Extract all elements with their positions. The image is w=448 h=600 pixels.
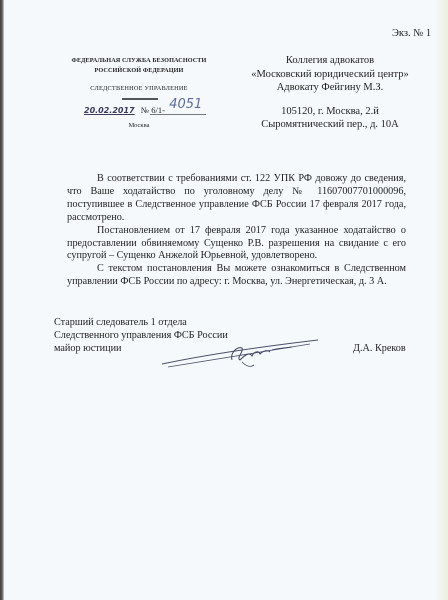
body-paragraph-1: В соответствии с требованиями ст. 122 УП… <box>67 173 406 225</box>
signer-name: Д.А. Креков <box>353 343 406 354</box>
copy-number: Экз. № 1 <box>392 28 431 39</box>
sender-city: Москва <box>64 122 214 129</box>
handwritten-date: 20.02.2017 <box>84 106 135 115</box>
signer-position-line-1: Старший следователь 1 отдела <box>54 317 228 330</box>
number-underline <box>150 114 206 115</box>
addressee-line-3: Адвокату Фейгину М.З. <box>240 81 420 95</box>
addressee-address-1: 105120, г. Москва, 2.й <box>240 105 420 119</box>
signature-icon <box>160 334 320 374</box>
scan-left-edge <box>0 0 4 600</box>
sender-department: СЛЕДСТВЕННОЕ УПРАВЛЕНИЕ <box>64 85 214 92</box>
addressee-line-2: «Московский юридический центр» <box>240 68 420 82</box>
department-divider <box>122 98 158 100</box>
handwritten-number: 4051 <box>169 97 202 112</box>
body-paragraph-3: С текстом постановления Вы можете ознако… <box>67 263 406 289</box>
document-page: Экз. № 1 ФЕДЕРАЛЬНАЯ СЛУЖБА БЕЗОПАСНОСТИ… <box>0 0 448 600</box>
letter-body: В соответствии с требованиями ст. 122 УП… <box>67 173 406 289</box>
addressee-address-2: Сыромятнический пер., д. 10А <box>240 118 420 132</box>
addressee-line-1: Коллегия адвокатов <box>240 54 420 68</box>
sender-organization: ФЕДЕРАЛЬНАЯ СЛУЖБА БЕЗОПАСНОСТИ РОССИЙСК… <box>64 56 214 76</box>
number-label: № <box>141 105 149 115</box>
addressee-block: Коллегия адвокатов «Московский юридическ… <box>240 54 420 132</box>
org-line-1: ФЕДЕРАЛЬНАЯ СЛУЖБА БЕЗОПАСНОСТИ <box>64 56 214 66</box>
body-paragraph-2: Постановлением от 17 февраля 2017 года у… <box>67 225 406 264</box>
org-line-2: РОССИЙСКОЙ ФЕДЕРАЦИИ <box>64 66 214 76</box>
scan-right-edge <box>434 0 448 600</box>
